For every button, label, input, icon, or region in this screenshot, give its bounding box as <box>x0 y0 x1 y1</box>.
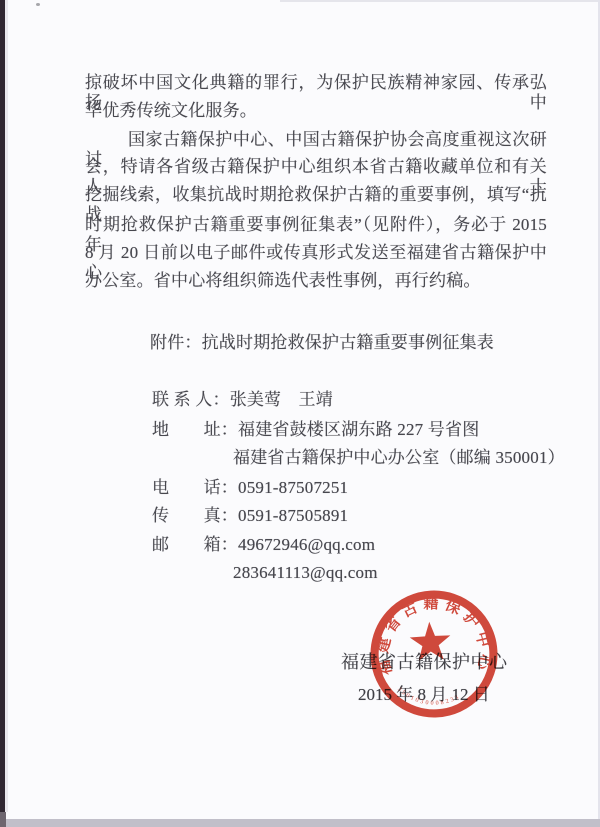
official-red-seal: 福建省古籍保护中心 3501030008233 <box>367 587 502 722</box>
scan-bottom-band <box>0 819 600 827</box>
contact-label: 邮 箱： <box>152 535 238 554</box>
scan-bottom-corner <box>0 812 6 827</box>
contact-row-fax: 传 真：0591-87505891 <box>152 506 582 526</box>
contact-row-email: 邮 箱：49672946@qq.com <box>152 535 582 555</box>
contact-row-person: 联 系 人：张美莺 王靖 <box>152 390 582 410</box>
contact-row-address: 地 址：福建省鼓楼区湖东路 227 号省图 <box>152 420 582 440</box>
contact-label: 电 话： <box>152 478 238 497</box>
body-line: 华优秀传统文化服务。 <box>85 101 547 121</box>
scan-dust-speck <box>36 3 40 6</box>
contact-value: 福建省鼓楼区湖东路 227 号省图 <box>238 420 479 439</box>
scanned-letter-page: 掠破坏中国文化典籍的罪行，为保护民族精神家园、传承弘扬中 华优秀传统文化服务。 … <box>0 0 600 827</box>
body-line: 办公室。省中心将组织筛选代表性事例，再行约稿。 <box>85 271 547 291</box>
attachment-line: 附件：抗战时期抢救保护古籍重要事例征集表 <box>150 333 600 353</box>
contact-value: 283641113@qq.com <box>233 563 378 582</box>
contact-value: 49672946@qq.com <box>238 535 375 554</box>
contact-row-address2: 福建省古籍保护中心办公室（邮编 350001） <box>233 448 600 468</box>
contact-value: 福建省古籍保护中心办公室（邮编 350001） <box>233 448 565 467</box>
contact-value: 张美莺 王靖 <box>230 390 333 409</box>
contact-value: 0591-87505891 <box>238 506 348 525</box>
scan-left-edge-fade <box>5 0 8 812</box>
scan-top-edge-line <box>280 0 600 2</box>
contact-row-email2: 283641113@qq.com <box>233 563 600 583</box>
contact-value: 0591-87507251 <box>238 478 348 497</box>
contact-row-phone: 电 话：0591-87507251 <box>152 478 582 498</box>
seal-star-icon <box>409 621 452 662</box>
contact-label: 地 址： <box>152 420 238 439</box>
contact-label: 联 系 人： <box>152 390 230 409</box>
contact-label: 传 真： <box>152 506 238 525</box>
